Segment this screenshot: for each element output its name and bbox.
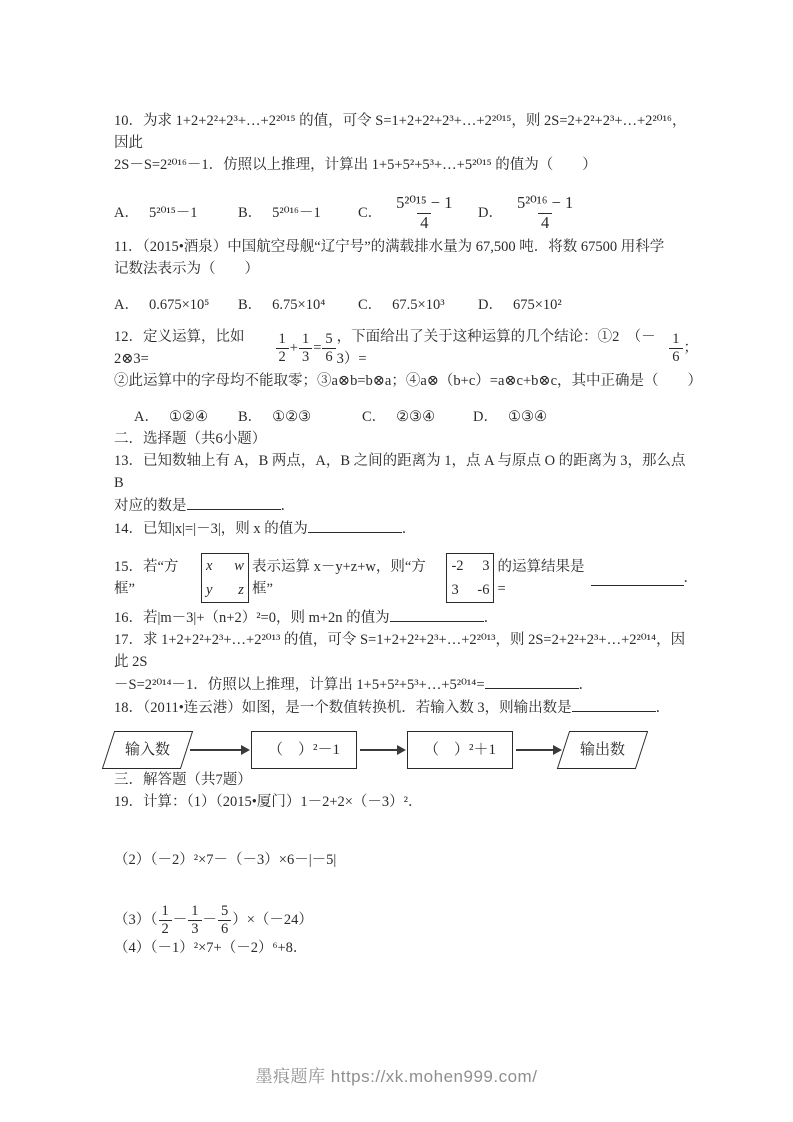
flow-output-parallelogram: 输出数 (557, 731, 648, 769)
option-text: ①③④ (508, 406, 547, 428)
q12-option-b: B． ①②③ (238, 406, 362, 428)
q11-line1: 11．（2015•酒泉）中国航空母舰“辽宁号”的满载排水量为 67,500 吨．… (114, 236, 698, 258)
q19-part3: （3）（ 1 2 － 1 3 － 5 6 ）×（－24） (114, 903, 698, 937)
q12-text: 12．定义运算，比如 2⊗3= (114, 326, 275, 370)
q10-line2: 2S－S=2²⁰¹⁶－1．仿照以上推理，计算出 1+5+5²+5³+…+5²⁰¹… (114, 154, 698, 176)
option-label: B． (238, 202, 262, 224)
q19-part1: 19．计算：（1）（2015•厦门）1－2+2×（－3）²． (114, 791, 698, 813)
flow-input-parallelogram: 输入数 (102, 731, 193, 769)
box-row: 3 -6 (447, 578, 493, 602)
q15-period: ． (684, 567, 699, 589)
box-cell: -2 (451, 555, 463, 577)
q17-line2: －S=2²⁰¹⁴－1．仿照以上推理，计算出 1+5+5²+5³+…+5²⁰¹⁴=… (114, 673, 698, 696)
fraction-numerator: 1 (276, 331, 289, 348)
option-label: A． (134, 406, 159, 428)
answer-blank (591, 570, 683, 586)
fraction-denominator: 4 (417, 213, 431, 233)
q13-line2: 对应的数是． (114, 494, 698, 517)
fraction-numerator: 5²⁰¹⁶ − 1 (514, 194, 576, 213)
q18-flowchart: 输入数 （ ）²－1 （ ）²＋1 输出数 (108, 731, 698, 769)
option-label: C． (358, 202, 382, 224)
option-label: B． (238, 294, 262, 316)
flow-input-label: 输入数 (125, 739, 170, 761)
q11-option-b: B． 6.75×10⁴ (238, 294, 358, 316)
q10-options: A． 5²⁰¹⁵－1 B． 5²⁰¹⁶－1 C． 5²⁰¹⁵ − 1 4 D． … (114, 190, 698, 236)
q12-options: A． ①②④ B． ①②③ C． ②③④ D． ①③④ (114, 406, 698, 428)
site-footer: 墨痕题库 https://xk.mohen999.com/ (0, 1062, 793, 1087)
minus-sign: － (203, 909, 218, 931)
flow-arrow-icon (516, 749, 560, 751)
q11-option-a: A． 0.675×10⁵ (114, 294, 238, 316)
flow-step2-box: （ ）²＋1 (407, 731, 513, 769)
fraction: 1 2 (276, 331, 289, 365)
fraction: 5 6 (218, 903, 231, 937)
option-label: C． (362, 406, 386, 428)
q18-line: 18．（2011•连云港）如图，是一个数值转换机．若输入数 3，则输出数是． (114, 696, 698, 719)
q11-options: A． 0.675×10⁵ B． 6.75×10⁴ C． 67.5×10³ D． … (114, 294, 698, 316)
q12-line1: 12．定义运算，比如 2⊗3= 1 2 + 1 3 = 5 6 ，下面给出了关于… (114, 326, 698, 370)
box-row: y z (202, 578, 248, 602)
box-row: -2 3 (447, 554, 493, 578)
q12-text: ； (684, 337, 699, 359)
q15-number-box: -2 3 3 -6 (446, 553, 494, 603)
option-text: 5²⁰¹⁵－1 (149, 202, 198, 224)
plus-sign: + (290, 337, 298, 359)
worksheet-content: 10．为求 1+2+2²+2³+…+2²⁰¹⁵ 的值，可令 S=1+2+2²+2… (114, 110, 698, 959)
q19-part2: （2）（－2）²×7－（－3）×6－|－5| (114, 849, 698, 871)
fraction-denominator: 6 (669, 348, 682, 366)
q15-text: 表示运算 x－y+z+w，则“方框” (252, 556, 444, 600)
answer-blank (572, 696, 656, 712)
box-cell: x (206, 555, 212, 577)
q12-text: ，下面给出了关于这种运算的几个结论：①2 （－3）= (337, 326, 669, 370)
q12-option-c: C． ②③④ (362, 406, 473, 428)
fraction-denominator: 6 (218, 920, 231, 938)
q10-option-a: A． 5²⁰¹⁵－1 (114, 202, 238, 224)
fraction: 1 6 (669, 331, 682, 365)
q13-period: ． (281, 498, 296, 514)
q10-option-c: C． 5²⁰¹⁵ − 1 4 (358, 194, 478, 233)
fraction-numerator: 1 (669, 331, 682, 348)
q10-option-b: B． 5²⁰¹⁶－1 (238, 202, 358, 224)
option-label: A． (114, 294, 139, 316)
fraction: 1 3 (299, 331, 312, 365)
q15-symbol-box: x w y z (201, 553, 249, 603)
option-label: A． (114, 202, 139, 224)
q19-text: （3）（ (114, 909, 158, 931)
flow-arrow-icon (190, 749, 248, 751)
q10-option-d: D． 5²⁰¹⁶ − 1 4 (478, 194, 698, 233)
q13-line1: 13．已知数轴上有 A，B 两点，A，B 之间的距离为 1，点 A 与原点 O … (114, 450, 698, 494)
fraction-denominator: 3 (188, 920, 201, 938)
fraction-denominator: 3 (299, 348, 312, 366)
q14-text: 14．已知|x|=|－3|，则 x 的值为 (114, 521, 308, 537)
option-text: 675×10² (513, 294, 562, 316)
q13-text: 对应的数是 (114, 498, 187, 514)
q12-option-a: A． ①②④ (134, 406, 238, 428)
q11-line2: 记数法表示为（ ） (114, 258, 698, 280)
q11-option-d: D． 675×10² (478, 294, 698, 316)
fraction-numerator: 1 (188, 903, 201, 920)
box-cell: w (234, 555, 244, 577)
q11-option-c: C． 67.5×10³ (358, 294, 478, 316)
q14-period: ． (402, 521, 417, 537)
minus-sign: － (173, 909, 188, 931)
fraction-numerator: 1 (299, 331, 312, 348)
fraction-denominator: 4 (538, 213, 552, 233)
q17-line1: 17．求 1+2+2²+2³+…+2²⁰¹³ 的值，可令 S=1+2+2²+2³… (114, 629, 698, 673)
q19-text: ）×（－24） (232, 909, 313, 931)
fraction-numerator: 5 (218, 903, 231, 920)
answer-blank (308, 517, 402, 533)
q18-text: 18．（2011•连云港）如图，是一个数值转换机．若输入数 3，则输出数是 (114, 700, 572, 716)
box-cell: z (238, 579, 244, 601)
option-text: 6.75×10⁴ (272, 294, 325, 316)
q19-part4: （4）（－1）²×7+（－2）⁶+8． (114, 937, 698, 959)
q14-line: 14．已知|x|=|－3|，则 x 的值为． (114, 517, 698, 540)
answer-blank (485, 673, 579, 689)
fraction-numerator: 5²⁰¹⁵ − 1 (393, 194, 455, 213)
q17-text: －S=2²⁰¹⁴－1．仿照以上推理，计算出 1+5+5²+5³+…+5²⁰¹⁴= (114, 677, 485, 693)
fraction-denominator: 2 (159, 920, 172, 938)
fraction-numerator: 5 (322, 331, 335, 348)
option-text: 5²⁰¹⁶－1 (272, 202, 321, 224)
flow-output-label: 输出数 (580, 739, 625, 761)
option-text: ①②④ (169, 406, 208, 428)
fraction-denominator: 6 (322, 348, 335, 366)
flow-arrow-icon (360, 749, 404, 751)
q15-line: 15．若“方框” x w y z 表示运算 x－y+z+w，则“方框” -2 3 (114, 550, 698, 606)
box-cell: y (206, 579, 212, 601)
q16-period: ． (484, 610, 499, 626)
fraction: 5²⁰¹⁶ − 1 4 (514, 194, 576, 233)
fraction: 5²⁰¹⁵ − 1 4 (393, 194, 455, 233)
option-text: ②③④ (396, 406, 435, 428)
box-row: x w (202, 554, 248, 578)
option-text: ①②③ (272, 406, 311, 428)
equals-sign: = (313, 337, 321, 359)
fraction: 1 3 (188, 903, 201, 937)
section-3-heading: 三．解答题（共7题） (114, 769, 698, 791)
section-2-heading: 二．选择题（共6小题） (114, 428, 698, 450)
option-text: 0.675×10⁵ (149, 294, 209, 316)
option-label: D． (478, 294, 503, 316)
q12-option-d: D． ①③④ (473, 406, 547, 428)
q15-text: 15．若“方框” (114, 556, 198, 600)
box-cell: -6 (477, 579, 489, 601)
q16-line: 16．若|m－3|+（n+2）²=0，则 m+2n 的值为． (114, 606, 698, 629)
box-cell: 3 (451, 579, 458, 601)
answer-blank (187, 494, 281, 510)
fraction: 1 2 (159, 903, 172, 937)
q16-text: 16．若|m－3|+（n+2）²=0，则 m+2n 的值为 (114, 610, 390, 626)
option-label: D． (473, 406, 498, 428)
fraction-denominator: 2 (276, 348, 289, 366)
fraction-numerator: 1 (159, 903, 172, 920)
answer-blank (390, 606, 484, 622)
q12-line2: ②此运算中的字母均不能取零；③a⊗b=b⊗a；④a⊗（b+c）=a⊗c+b⊗c，… (114, 370, 698, 392)
q10-line1: 10．为求 1+2+2²+2³+…+2²⁰¹⁵ 的值，可令 S=1+2+2²+2… (114, 110, 698, 154)
fraction: 5 6 (322, 331, 335, 365)
q15-text: 的运算结果是= (497, 556, 591, 600)
box-cell: 3 (482, 555, 489, 577)
option-label: D． (478, 202, 503, 224)
q18-period: ． (656, 700, 671, 716)
worksheet-page: 10．为求 1+2+2²+2³+…+2²⁰¹⁵ 的值，可令 S=1+2+2²+2… (0, 0, 793, 1122)
option-text: 67.5×10³ (392, 294, 444, 316)
option-label: B． (238, 406, 262, 428)
q17-period: ． (579, 677, 594, 693)
option-label: C． (358, 294, 382, 316)
flow-step1-box: （ ）²－1 (251, 731, 357, 769)
